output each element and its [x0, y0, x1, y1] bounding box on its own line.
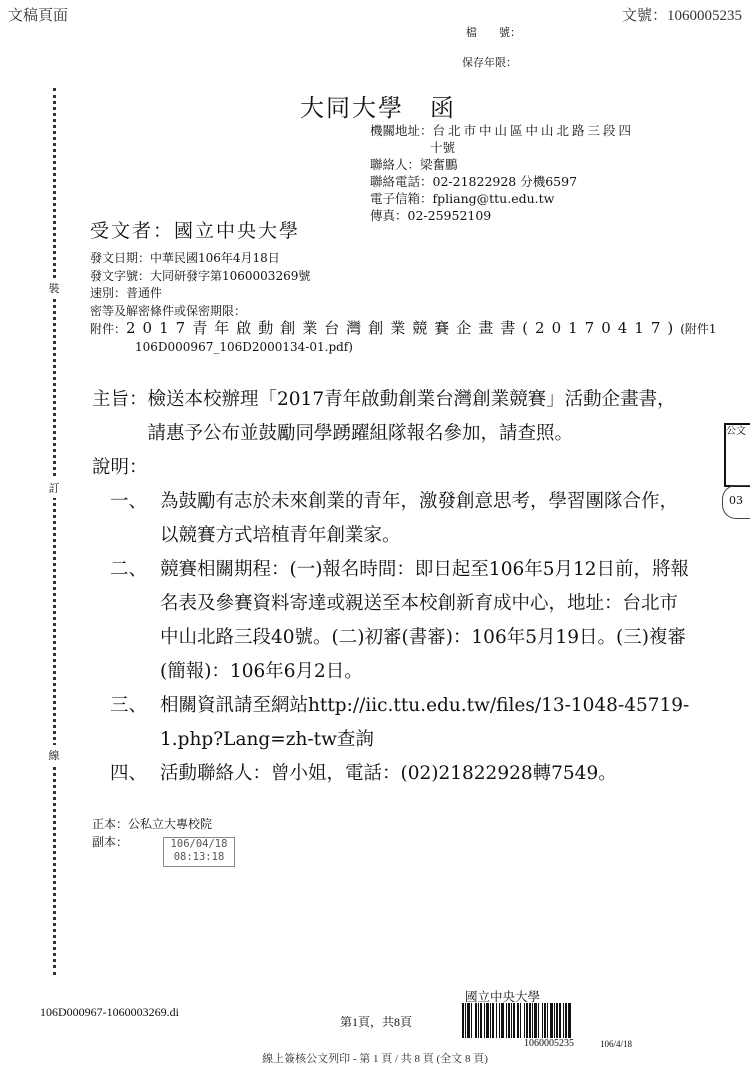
explanation-item: 二、 競賽相關期程：(一)報名時間：即日起至106年5月12日前，將報名表及參賽… — [92, 553, 692, 689]
item-number: 四、 — [110, 757, 160, 791]
stamp-date: 106/04/18 — [164, 838, 234, 851]
retention-label: 保存年限： — [462, 54, 517, 70]
item-text: 為鼓勵有志於未來創業的青年，激發創意思考，學習團隊合作，以競賽方式培植青年創業家… — [160, 485, 692, 553]
recipient: 受文者：國立中央大學 — [90, 216, 300, 243]
attachment-label: 附件： — [90, 322, 126, 336]
explanation-label: 說明： — [92, 451, 692, 485]
binding-label-ding: 訂 — [44, 478, 64, 498]
sender-info: 機關地址：台北市中山區中山北路三段四 十號 聯絡人：梁奮鵬 聯絡電話：02-21… — [370, 122, 634, 224]
issue-date: 發文日期：中華民國106年4月18日 — [90, 250, 717, 268]
secrecy-level: 密等及解密條件或保密期限： — [90, 303, 717, 321]
address-continued: 十號 — [370, 139, 634, 156]
attachment: 附件：2017青年啟動創業台灣創業競賽企畫書(20170417)(附件1 — [90, 320, 717, 339]
attachment-file[interactable]: 106D000967_106D2000134-01.pdf) — [90, 339, 717, 357]
explanation-item: 三、 相關資訊請至網站http://iic.ttu.edu.tw/files/1… — [92, 689, 692, 757]
subject-section: 主旨： 檢送本校辦理「2017青年啟動創業台灣創業競賽」活動企畫書，請惠予公布並… — [92, 383, 692, 451]
contact-phone: 聯絡電話：02-21822928 分機6597 — [370, 173, 634, 190]
item-number: 一、 — [110, 485, 160, 553]
page-indicator: 第1頁，共8頁 — [340, 1013, 412, 1030]
contact-person: 聯絡人：梁奮鵬 — [370, 156, 634, 173]
seal-stamp-icon: 03 — [722, 485, 750, 519]
stamp-time: 08:13:18 — [164, 851, 234, 864]
item-number: 三、 — [110, 689, 160, 757]
letter-body: 主旨： 檢送本校辦理「2017青年啟動創業台灣創業競賽」活動企畫書，請惠予公布並… — [92, 383, 692, 791]
subject-label: 主旨： — [92, 383, 148, 451]
item-text: 競賽相關期程：(一)報名時間：即日起至106年5月12日前，將報名表及參賽資料寄… — [160, 553, 692, 689]
item-text-with-link[interactable]: 相關資訊請至網站http://iic.ttu.edu.tw/files/13-1… — [160, 689, 692, 757]
letter-title: 大同大學 函 — [300, 88, 456, 123]
barcode-icon — [462, 1003, 640, 1038]
barcode-number: 1060005235 — [524, 1038, 574, 1049]
address: 台北市中山區中山北路三段四 — [433, 123, 635, 138]
contact-fax: 傳真：02-25952109 — [370, 207, 634, 224]
official-seal-icon: 公文 — [724, 423, 750, 487]
attachment-title: 2017青年啟動創業台灣創業競賽企畫書(20170417) — [126, 319, 680, 337]
doc-number: 文號：1060005235 — [622, 4, 742, 25]
speed-class: 速別：普通件 — [90, 285, 717, 303]
binding-label-zhuang: 裝 — [44, 278, 64, 298]
contact-email: 電子信箱：fpliang@ttu.edu.tw — [370, 190, 634, 207]
page-type-label: 文稿頁面 — [8, 4, 68, 25]
binding-line — [53, 88, 56, 975]
document-meta: 發文日期：中華民國106年4月18日 發文字號：大同研發字第1060003269… — [90, 250, 717, 356]
explanation-item: 一、 為鼓勵有志於未來創業的青年，激發創意思考，學習團隊合作，以競賽方式培植青年… — [92, 485, 692, 553]
reference-number: 發文字號：大同研發字第1060003269號 — [90, 268, 717, 286]
print-info: 線上簽核公文列印 - 第 1 頁 / 共 8 頁 (全文 8 頁) — [0, 1050, 750, 1065]
item-text: 活動聯絡人：曾小姐，電話：(02)21822928轉7549。 — [160, 757, 692, 791]
timestamp-stamp: 106/04/18 08:13:18 — [163, 837, 235, 867]
original-recipients: 正本：公私立大專校院 — [92, 815, 212, 833]
item-number: 二、 — [110, 553, 160, 689]
barcode-date: 106/4/18 — [600, 1039, 632, 1049]
address-label: 機關地址： — [370, 123, 433, 138]
file-id: 106D000967-1060003269.di — [40, 1005, 179, 1020]
subject-text: 檢送本校辦理「2017青年啟動創業台灣創業競賽」活動企畫書，請惠予公布並鼓勵同學… — [148, 383, 692, 451]
archive-number-label: 檔 號： — [466, 24, 521, 40]
binding-label-xian: 線 — [44, 745, 64, 765]
attachment-suffix: (附件1 — [680, 322, 716, 336]
explanation-item: 四、 活動聯絡人：曾小姐，電話：(02)21822928轉7549。 — [92, 757, 692, 791]
